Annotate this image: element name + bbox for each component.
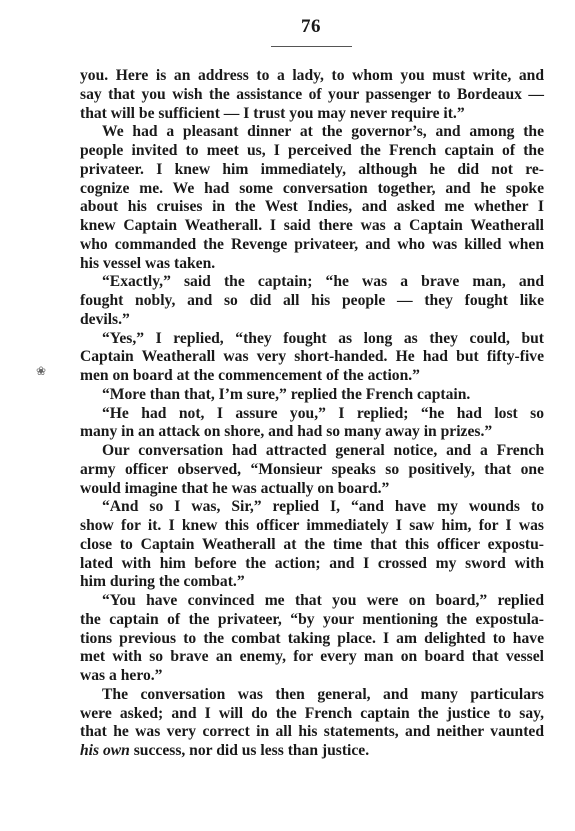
text-line: “Yes,” I replied, “they fought as long a…: [80, 330, 544, 349]
text-line: were asked; and I will do the French cap…: [80, 705, 544, 724]
text-line: say that you wish the assistance of your…: [80, 86, 544, 105]
text-line: him during the combat.”: [80, 573, 544, 592]
text-line: The conversation was then general, and m…: [80, 686, 544, 705]
line-text: success, nor did us less than justice.: [130, 742, 369, 759]
body-text: you. Here is an address to a lady, to wh…: [80, 67, 544, 761]
text-line: close to Captain Weatherall at the time …: [80, 536, 544, 555]
text-line: army officer observed, “Monsieur speaks …: [80, 461, 544, 480]
text-line: was a hero.”: [80, 667, 544, 686]
text-line: that will be sufficient — I trust you ma…: [80, 105, 544, 124]
text-line: fought nobly, and so did all his people …: [80, 292, 544, 311]
text-line: would imagine that he was actually on bo…: [80, 480, 544, 499]
text-line: the captain of the privateer, “by your m…: [80, 611, 544, 630]
text-line: “And so I was, Sir,” replied I, “and hav…: [80, 498, 544, 517]
text-line: who commanded the Revenge privateer, and…: [80, 236, 544, 255]
text-line: privateer. I knew him immediately, altho…: [80, 161, 544, 180]
header-rule: [271, 46, 352, 47]
print-speck: ·: [308, 20, 311, 29]
text-line: devils.”: [80, 311, 544, 330]
text-line: “More than that, I’m sure,” replied the …: [80, 386, 544, 405]
italic-phrase: his own: [80, 742, 130, 759]
text-line: his vessel was taken.: [80, 255, 544, 274]
text-line: Our conversation had attracted general n…: [80, 442, 544, 461]
text-line: “He had not, I assure you,” I replied; “…: [80, 405, 544, 424]
text-line: “You have convinced me that you were on …: [80, 592, 544, 611]
text-line: his own success, nor did us less than ju…: [80, 742, 544, 761]
text-line: We had a pleasant dinner at the governor…: [80, 123, 544, 142]
text-line: “Exactly,” said the captain; “he was a b…: [80, 273, 544, 292]
text-line: Captain Weatherall was very short-handed…: [80, 348, 544, 367]
text-line: many in an attack on shore, and had so m…: [80, 423, 544, 442]
text-line: tions previous to the combat taking plac…: [80, 630, 544, 649]
text-line: that he was very correct in all his stat…: [80, 723, 544, 742]
text-line: about his cruises in the West Indies, an…: [80, 198, 544, 217]
text-line: cognize me. We had some conversation tog…: [80, 180, 544, 199]
ink-blot-icon: ❀: [36, 364, 48, 376]
text-line: show for it. I knew this officer immedia…: [80, 517, 544, 536]
text-line: lated with him before the action; and I …: [80, 555, 544, 574]
text-line: knew Captain Weatherall. I said there wa…: [80, 217, 544, 236]
text-line: you. Here is an address to a lady, to wh…: [80, 67, 544, 86]
text-line: people invited to meet us, I perceived t…: [80, 142, 544, 161]
text-line: men on board at the commencement of the …: [80, 367, 544, 386]
page-number: 76: [270, 16, 352, 38]
text-line: met with so brave an enemy, for every ma…: [80, 648, 544, 667]
